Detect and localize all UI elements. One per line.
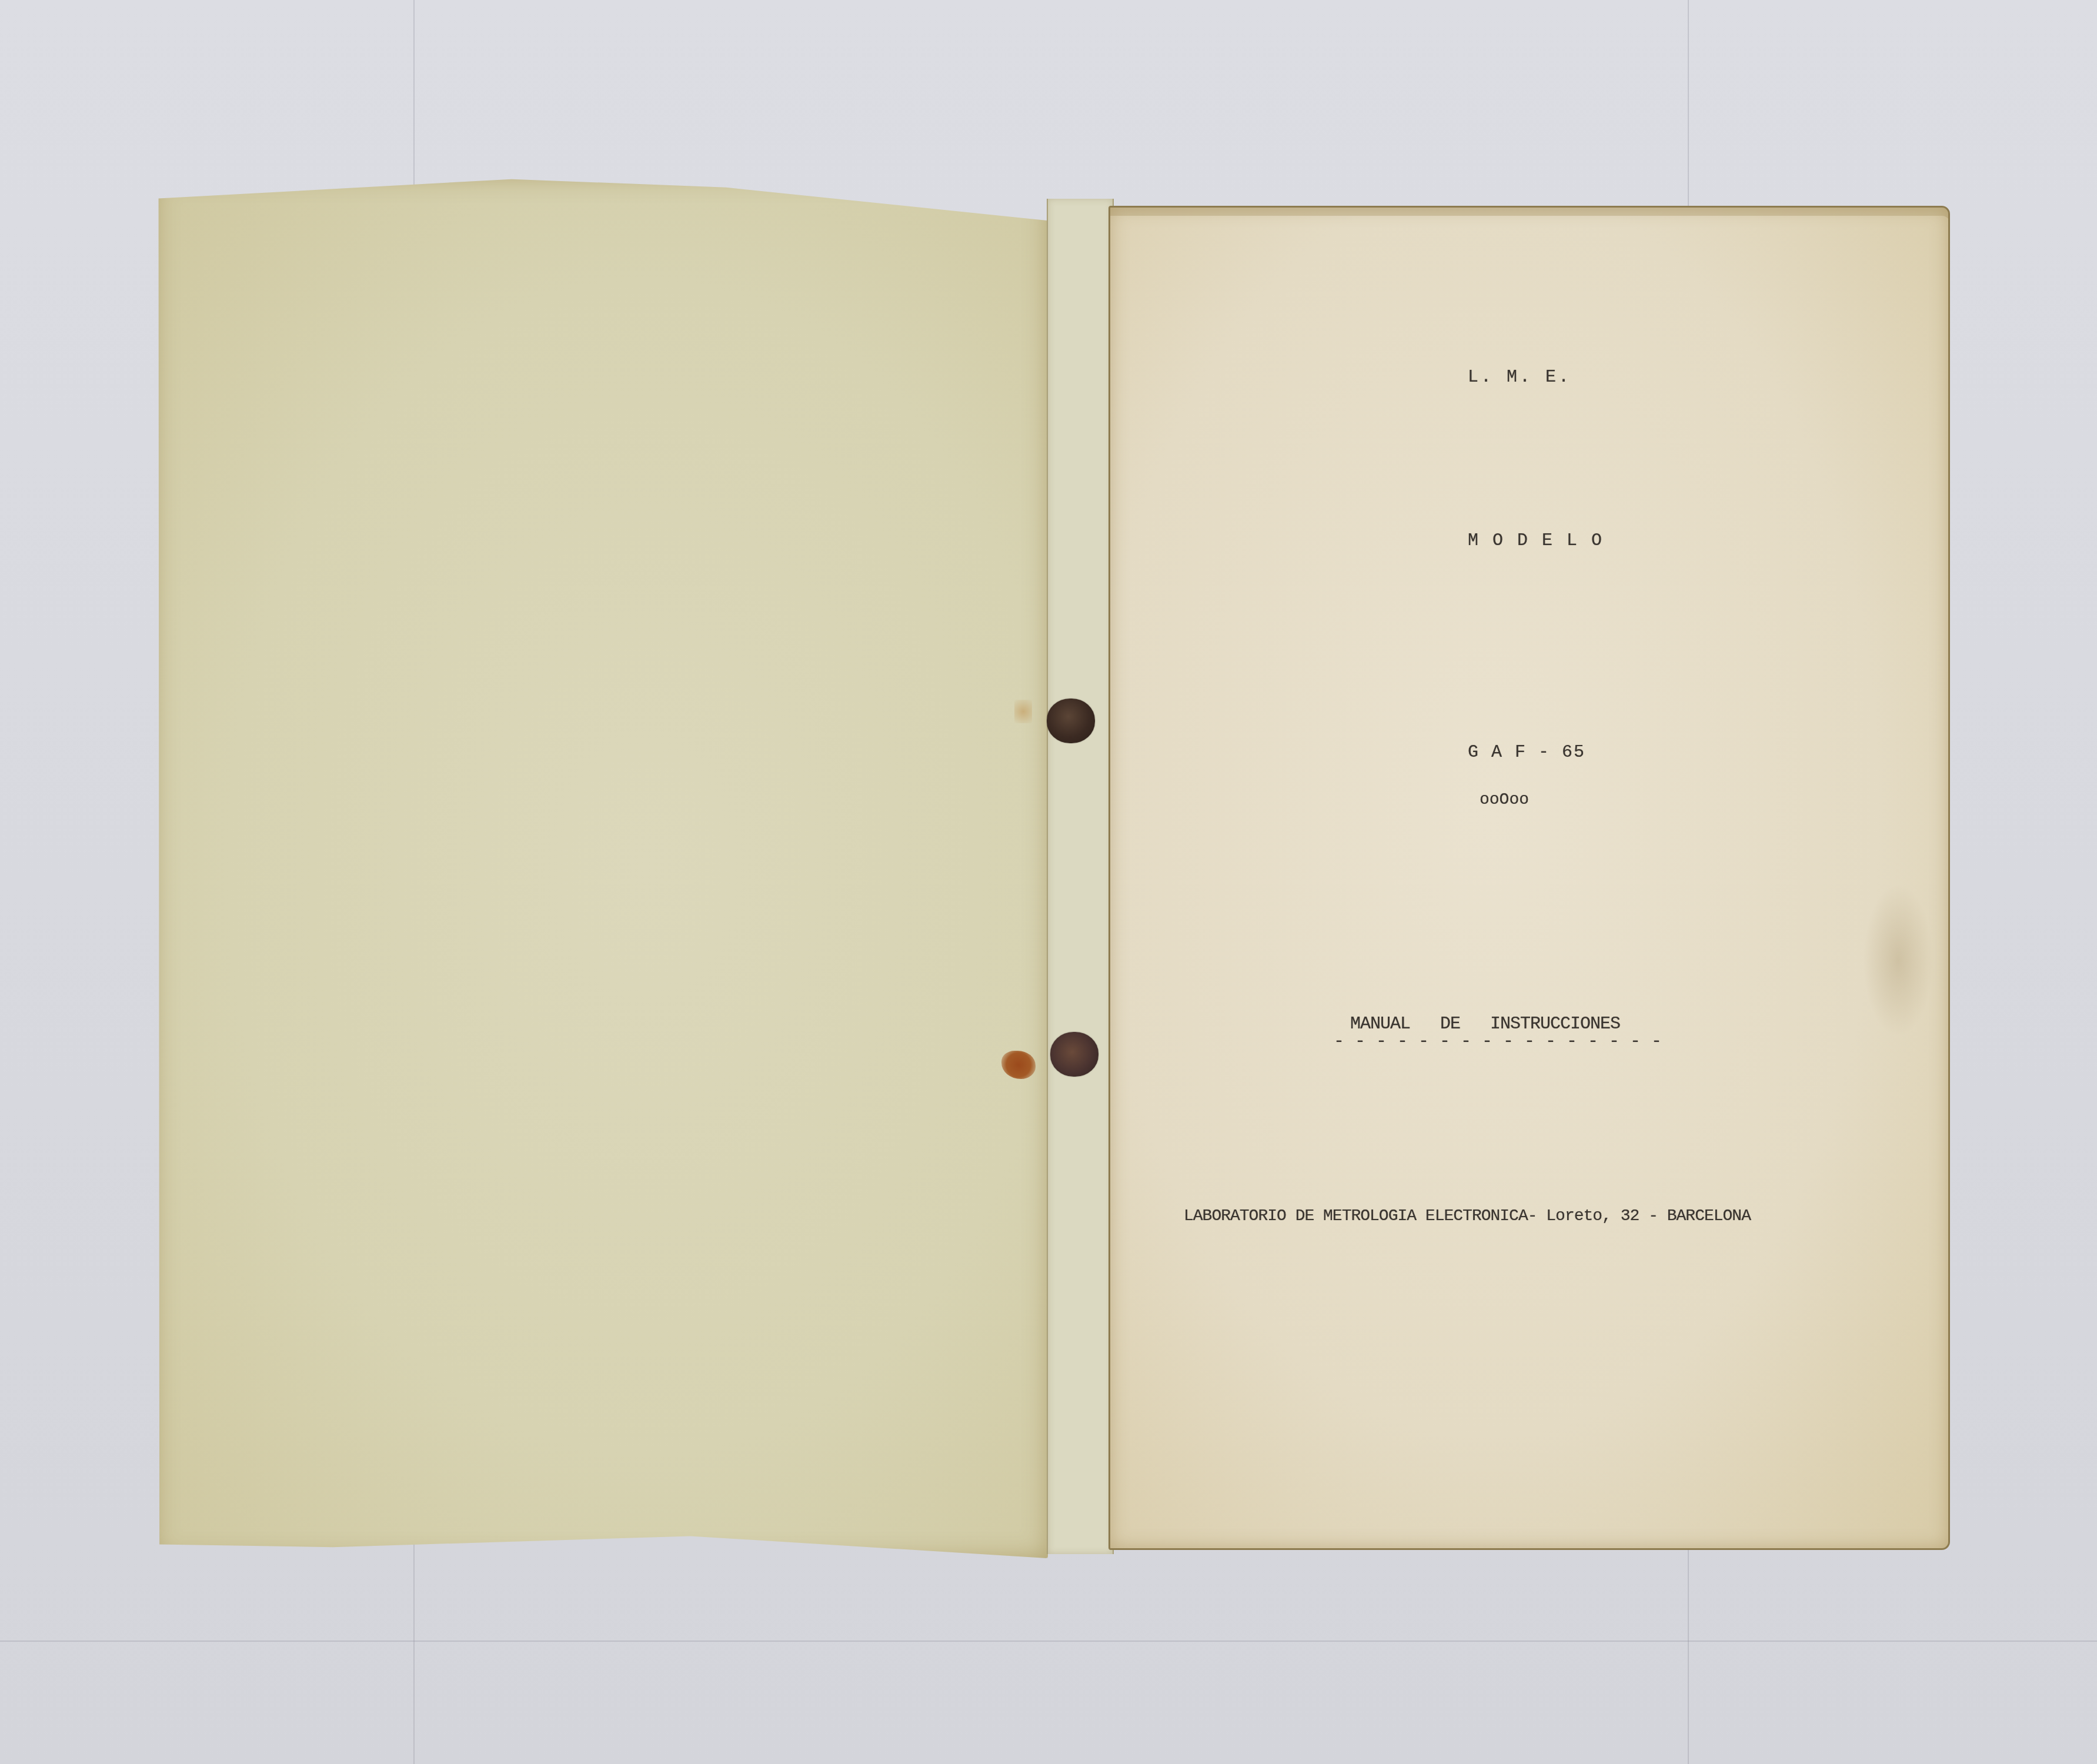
surface-seam [0,1641,2097,1642]
model-number: G A F - 65 [1468,743,1585,763]
staple-icon [1050,1032,1098,1077]
staple-icon [1047,699,1095,743]
typed-ornament: ooOoo [1480,791,1529,809]
paper-stain [1863,884,1934,1037]
title-page: L. M. E. M O D E L O G A F - 65 ooOoo MA… [1108,206,1950,1550]
rust-stain [1014,700,1032,723]
company-initials: L. M. E. [1468,367,1571,387]
publisher-address: LABORATORIO DE METROLOGIA ELECTRONICA- L… [1184,1207,1751,1225]
title-underline: - - - - - - - - - - - - - - - - [1334,1032,1662,1052]
binding-spine-strip [1047,199,1114,1554]
inside-cover-blank [154,176,1048,1558]
manual-title: MANUAL DE INSTRUCCIONES [1350,1014,1620,1034]
model-label: M O D E L O [1468,531,1604,551]
